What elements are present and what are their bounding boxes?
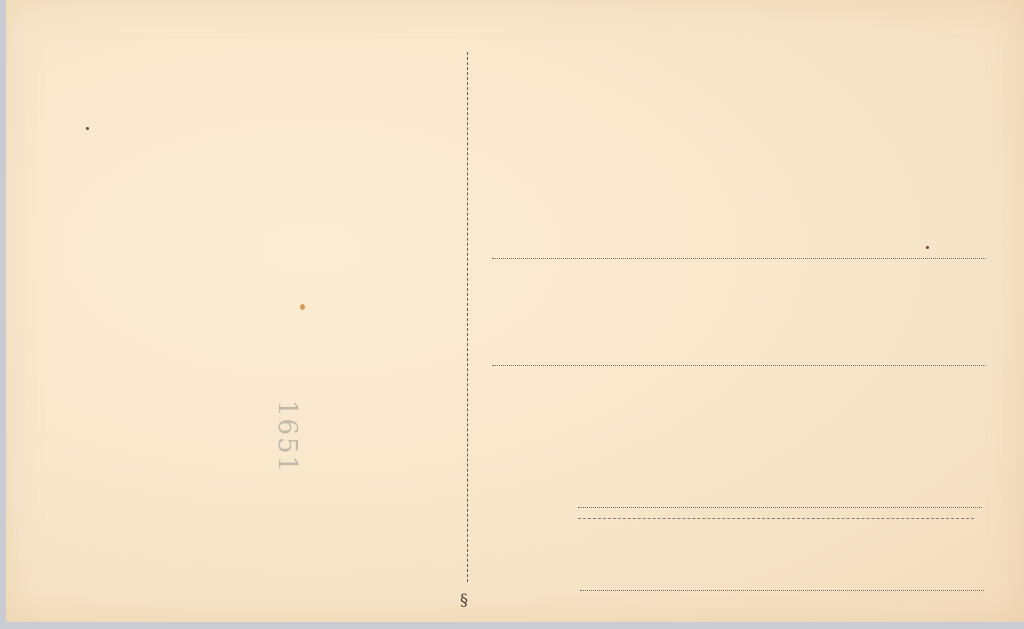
address-line-3a bbox=[578, 507, 982, 508]
pencil-note: 1651 bbox=[272, 400, 302, 474]
speck bbox=[926, 246, 929, 249]
speck bbox=[86, 127, 89, 130]
postcard-back: 1651 § bbox=[6, 0, 1024, 622]
stain bbox=[300, 304, 305, 310]
printer-mark: § bbox=[460, 590, 468, 609]
address-line-2 bbox=[492, 365, 986, 366]
address-line-4 bbox=[580, 590, 984, 591]
address-line-3b bbox=[578, 518, 974, 519]
center-divider-line bbox=[467, 52, 468, 582]
address-line-1 bbox=[492, 258, 986, 259]
